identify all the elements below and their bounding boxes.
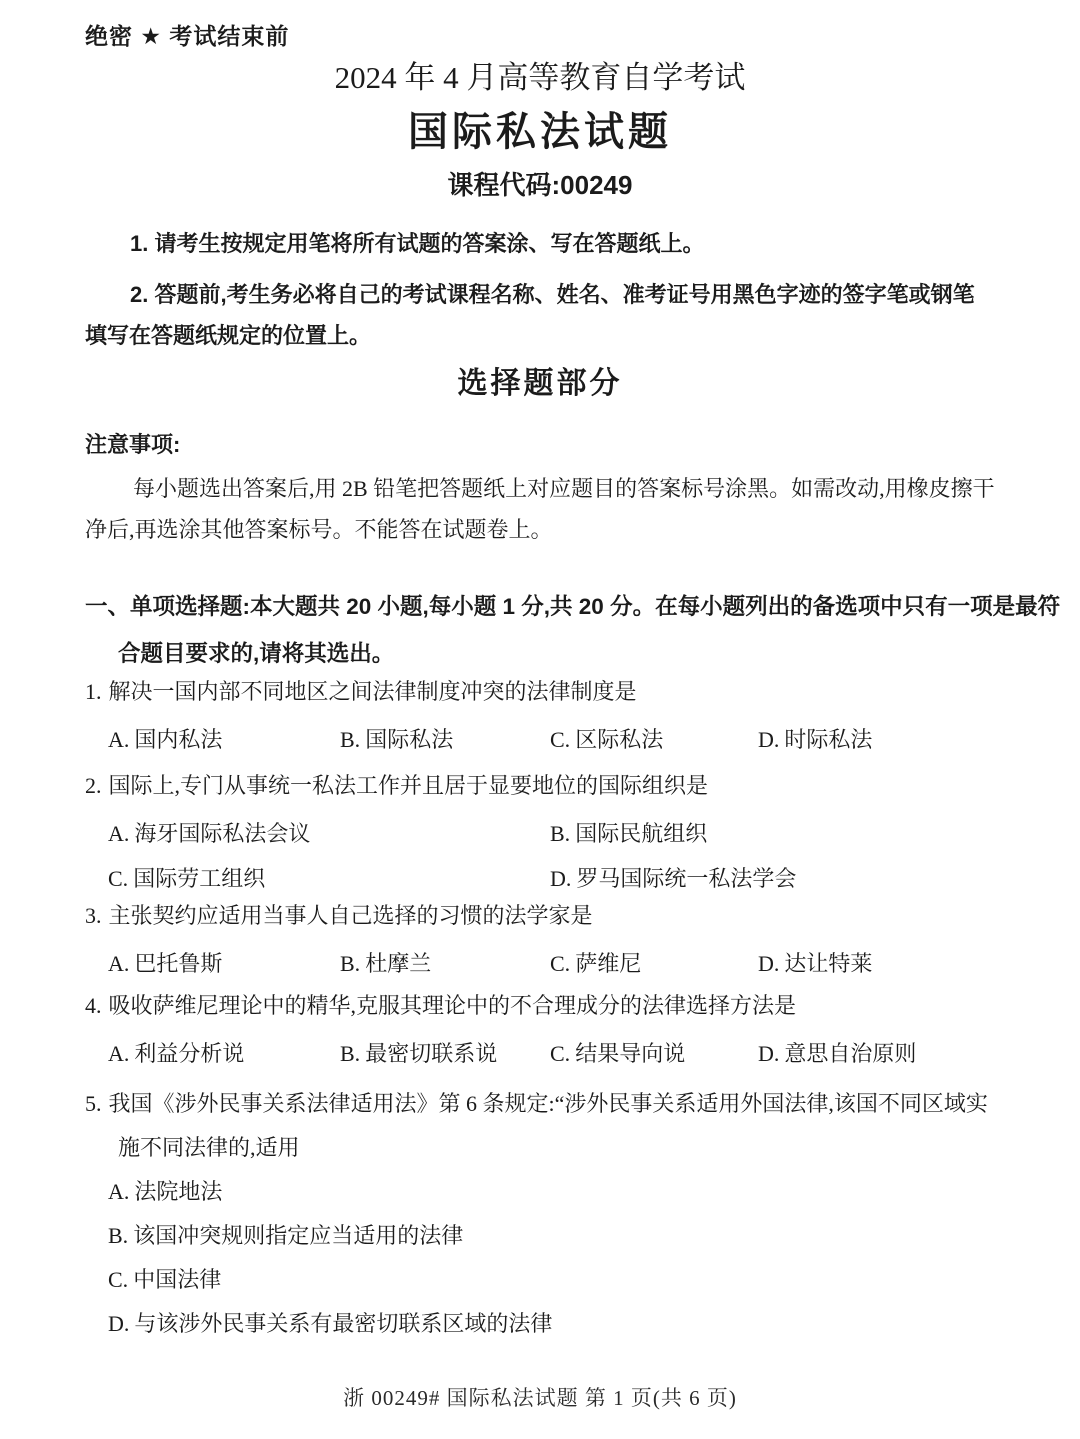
question-1: 1.解决一国内部不同地区之间法律制度冲突的法律制度是 A.国内私法 B.国际私法…: [85, 678, 1025, 753]
question-stem: 4.吸收萨维尼理论中的精华,克服其理论中的不合理成分的法律选择方法是: [85, 992, 1025, 1019]
option-c: C.区际私法: [550, 726, 758, 753]
option-text: 该国冲突规则指定应当适用的法律: [133, 1223, 463, 1248]
option-text: 萨维尼: [575, 951, 641, 976]
option-label: C.: [550, 951, 570, 976]
secrecy-label: 绝密 ★ 考试结束前: [85, 18, 289, 51]
option-d: D.罗马国际统一私法学会: [550, 865, 1025, 892]
instruction-item-2: 2. 答题前,考生务必将自己的考试课程名称、姓名、准考证号用黑色字迹的签字笔或钢…: [85, 274, 993, 356]
section-one-heading: 一、单项选择题:本大题共 20 小题,每小题 1 分,共 20 分。在每小题列出…: [85, 583, 1070, 677]
option-label: C.: [550, 727, 570, 752]
question-number: 1.: [85, 679, 102, 704]
option-label: C.: [108, 866, 128, 891]
option-text: 意思自治原则: [784, 1041, 916, 1066]
option-b: B.国际民航组织: [550, 820, 1025, 847]
option-c: C.萨维尼: [550, 950, 758, 977]
option-label: A.: [108, 727, 129, 752]
option-b: B.该国冲突规则指定应当适用的法律: [108, 1222, 1003, 1249]
option-b: B.最密切联系说: [340, 1040, 550, 1067]
option-d: D.意思自治原则: [758, 1040, 1025, 1067]
option-label: A.: [108, 1179, 129, 1204]
option-label: B.: [340, 1041, 360, 1066]
course-code: 课程代码:00249: [0, 165, 1080, 202]
option-text: 时际私法: [784, 727, 872, 752]
exam-paper-page: 绝密 ★ 考试结束前 2024 年 4 月高等教育自学考试 国际私法试题 课程代…: [0, 0, 1080, 1439]
option-a: A.巴托鲁斯: [108, 950, 340, 977]
option-label: D.: [758, 1041, 779, 1066]
exam-session-title: 2024 年 4 月高等教育自学考试: [0, 52, 1080, 97]
option-text: 中国法律: [133, 1267, 221, 1292]
question-stem-text: 主张契约应适用当事人自己选择的习惯的法学家是: [109, 903, 593, 928]
option-label: D.: [758, 951, 779, 976]
question-number: 5.: [85, 1091, 102, 1116]
notice-title: 注意事项:: [85, 428, 180, 459]
question-number: 4.: [85, 993, 102, 1018]
option-label: C.: [108, 1267, 128, 1292]
option-c: C.国际劳工组织: [108, 865, 550, 892]
option-d: D.达让特莱: [758, 950, 1025, 977]
options-row: A.利益分析说 B.最密切联系说 C.结果导向说 D.意思自治原则: [85, 1040, 1025, 1067]
question-stem: 5.我国《涉外民事关系法律适用法》第 6 条规定:“涉外民事关系适用外国法律,该…: [85, 1082, 1003, 1170]
option-label: A.: [108, 1041, 129, 1066]
options-grid: A.海牙国际私法会议 B.国际民航组织 C.国际劳工组织 D.罗马国际统一私法学…: [85, 820, 1025, 892]
question-2: 2.国际上,专门从事统一私法工作并且居于显要地位的国际组织是 A.海牙国际私法会…: [85, 772, 1025, 892]
option-text: 结果导向说: [575, 1041, 685, 1066]
option-b: B.国际私法: [340, 726, 550, 753]
option-text: 国际私法: [365, 727, 453, 752]
question-stem-text: 吸收萨维尼理论中的精华,克服其理论中的不合理成分的法律选择方法是: [109, 993, 797, 1018]
option-d: D.时际私法: [758, 726, 1025, 753]
option-label: C.: [550, 1041, 570, 1066]
instruction-item-1: 1. 请考生按规定用笔将所有试题的答案涂、写在答题纸上。: [85, 230, 1025, 258]
question-stem-text: 我国《涉外民事关系法律适用法》第 6 条规定:“涉外民事关系适用外国法律,该国不…: [109, 1091, 988, 1160]
option-a: A.海牙国际私法会议: [108, 820, 550, 847]
option-label: B.: [108, 1223, 128, 1248]
question-number: 3.: [85, 903, 102, 928]
option-text: 巴托鲁斯: [134, 951, 222, 976]
option-label: B.: [340, 727, 360, 752]
question-stem: 2.国际上,专门从事统一私法工作并且居于显要地位的国际组织是: [85, 772, 1025, 799]
option-c: C.结果导向说: [550, 1040, 758, 1067]
notice-body: 每小题选出答案后,用 2B 铅笔把答题纸上对应题目的答案标号涂黑。如需改动,用橡…: [85, 468, 1003, 550]
options-row: A.国内私法 B.国际私法 C.区际私法 D.时际私法: [85, 726, 1025, 753]
option-label: B.: [550, 821, 570, 846]
page-footer: 浙 00249# 国际私法试题 第 1 页(共 6 页): [0, 1382, 1080, 1412]
option-text: 区际私法: [575, 727, 663, 752]
option-label: B.: [340, 951, 360, 976]
option-label: D.: [108, 1311, 129, 1336]
option-text: 最密切联系说: [365, 1041, 497, 1066]
option-text: 海牙国际私法会议: [134, 821, 310, 846]
option-text: 利益分析说: [134, 1041, 244, 1066]
option-label: D.: [758, 727, 779, 752]
part-title: 选择题部分: [0, 358, 1080, 402]
option-label: A.: [108, 951, 129, 976]
option-a: A.国内私法: [108, 726, 340, 753]
option-a: A.利益分析说: [108, 1040, 340, 1067]
option-text: 国际劳工组织: [133, 866, 265, 891]
question-5: 5.我国《涉外民事关系法律适用法》第 6 条规定:“涉外民事关系适用外国法律,该…: [85, 1082, 1003, 1354]
option-text: 杜摩兰: [365, 951, 431, 976]
option-text: 法院地法: [134, 1179, 222, 1204]
question-4: 4.吸收萨维尼理论中的精华,克服其理论中的不合理成分的法律选择方法是 A.利益分…: [85, 992, 1025, 1067]
options-row: A.巴托鲁斯 B.杜摩兰 C.萨维尼 D.达让特莱: [85, 950, 1025, 977]
question-3: 3.主张契约应适用当事人自己选择的习惯的法学家是 A.巴托鲁斯 B.杜摩兰 C.…: [85, 902, 1025, 977]
option-d: D.与该涉外民事关系有最密切联系区域的法律: [108, 1310, 1003, 1337]
option-text: 达让特莱: [784, 951, 872, 976]
option-label: A.: [108, 821, 129, 846]
question-stem: 1.解决一国内部不同地区之间法律制度冲突的法律制度是: [85, 678, 1025, 705]
question-stem: 3.主张契约应适用当事人自己选择的习惯的法学家是: [85, 902, 1025, 929]
option-c: C.中国法律: [108, 1266, 1003, 1293]
option-label: D.: [550, 866, 571, 891]
option-b: B.杜摩兰: [340, 950, 550, 977]
options-list: A.法院地法 B.该国冲突规则指定应当适用的法律 C.中国法律 D.与该涉外民事…: [85, 1178, 1003, 1337]
question-number: 2.: [85, 773, 102, 798]
question-stem-text: 解决一国内部不同地区之间法律制度冲突的法律制度是: [109, 679, 637, 704]
option-text: 国内私法: [134, 727, 222, 752]
option-text: 罗马国际统一私法学会: [576, 866, 796, 891]
option-a: A.法院地法: [108, 1178, 1003, 1205]
paper-title: 国际私法试题: [0, 100, 1080, 157]
option-text: 国际民航组织: [575, 821, 707, 846]
question-stem-text: 国际上,专门从事统一私法工作并且居于显要地位的国际组织是: [109, 773, 709, 798]
option-text: 与该涉外民事关系有最密切联系区域的法律: [134, 1311, 552, 1336]
